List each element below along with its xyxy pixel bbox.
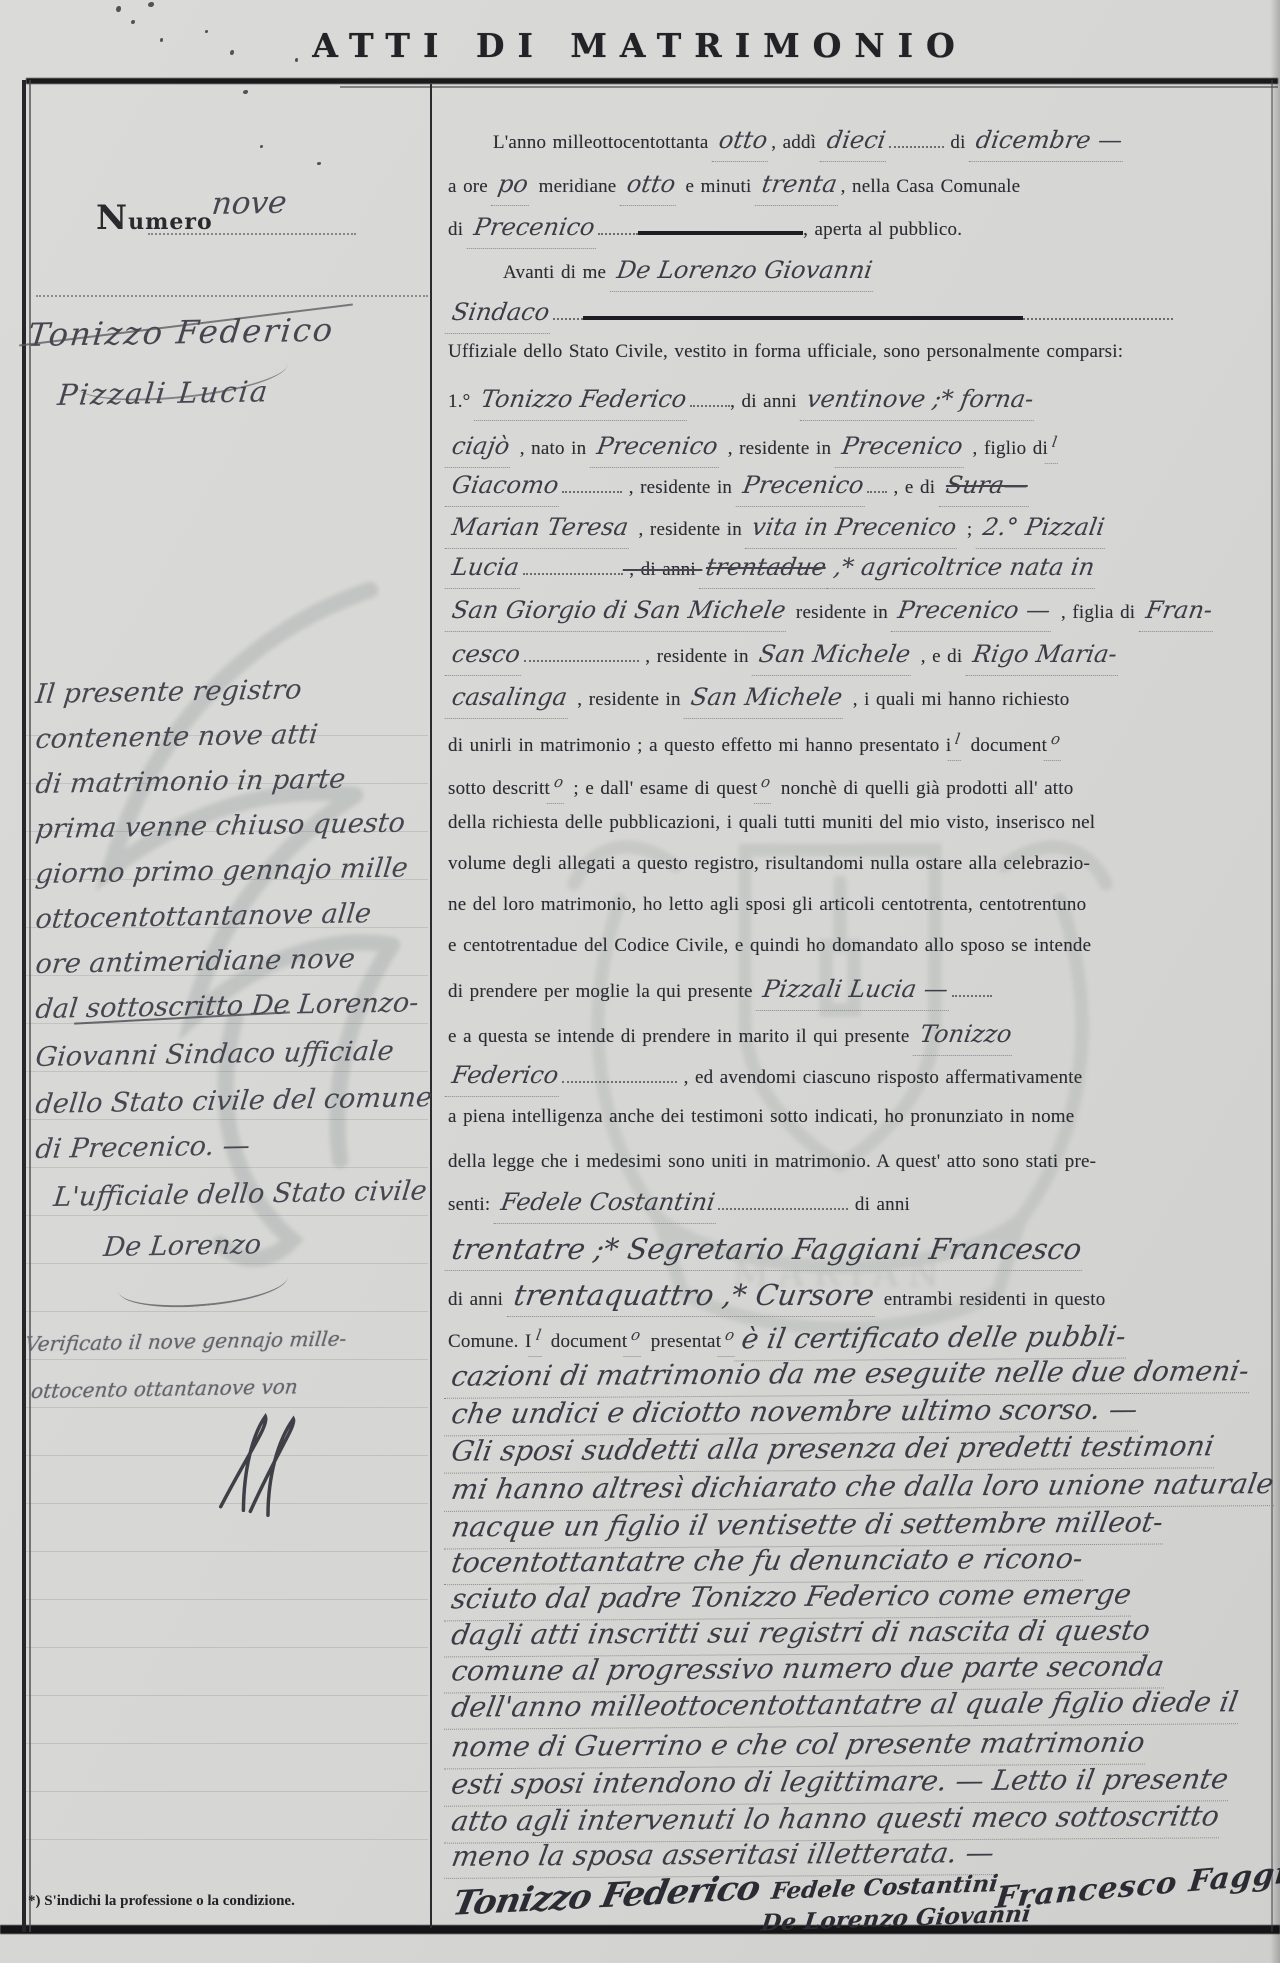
act-line: della legge che i medesimi sono uniti in… — [448, 1142, 1096, 1183]
act-line: e a questa se intende di prendere in mar… — [448, 1014, 1015, 1058]
act-line: L'anno milleottocentottanta otto, addì d… — [493, 120, 1126, 164]
marriage-act-page: MARIAN ATTI DI MATRIMONIO Numero nove To… — [0, 0, 1280, 1963]
act-line: volume degli allegati a questo registro,… — [448, 844, 1090, 885]
act-line: della richiesta delle pubblicazioni, i q… — [448, 803, 1095, 844]
act-line: a ore po meridiane otto e minuti trenta,… — [448, 164, 1020, 208]
act-line: trentatre ;* Segretario Faggiani Frances… — [448, 1229, 1085, 1275]
act-line: ciajò , nato in Precenico , residente in… — [448, 422, 1061, 470]
act-line: di Precenico, aperta al pubblico. — [448, 207, 962, 251]
page-edge-shadow — [1270, 0, 1280, 1963]
act-line: 1.° Tonizzo Federico, di anni ventinove … — [448, 379, 1037, 423]
act-line: Sindaco — [448, 292, 1173, 336]
act-line: San Giorgio di San Michele residente in … — [448, 590, 1216, 634]
act-line: Giacomo , residente in Precenico , e di … — [448, 465, 1031, 509]
act-line: Uffiziale dello Stato Civile, vestito in… — [448, 332, 1123, 373]
act-body: L'anno milleottocentottanta otto, addì d… — [0, 0, 1280, 1963]
act-line: Lucia , di anni trentadue ,* agricoltric… — [448, 547, 1098, 591]
act-line: Avanti di me De Lorenzo Giovanni — [503, 250, 876, 294]
act-line: di prendere per moglie la qui presente P… — [448, 969, 992, 1013]
act-line: e centotrentadue del Codice Civile, e qu… — [448, 926, 1091, 967]
act-line: casalinga , residente in San Michele , i… — [448, 677, 1069, 721]
act-line: a piena intelligenza anche dei testimoni… — [448, 1097, 1074, 1138]
act-line: Federico , ed avendomi ciascuno risposto… — [448, 1055, 1082, 1099]
act-line: Marian Teresa , residente in vita in Pre… — [448, 507, 1108, 551]
act-line: cesco , residente in San Michele , e di … — [448, 634, 1120, 678]
act-line: senti: Fedele Costantini di anni — [448, 1182, 910, 1226]
act-line: di unirli in matrimonio ; a questo effet… — [448, 719, 1064, 767]
act-line: ne del loro matrimonio, ho letto agli sp… — [448, 885, 1086, 926]
